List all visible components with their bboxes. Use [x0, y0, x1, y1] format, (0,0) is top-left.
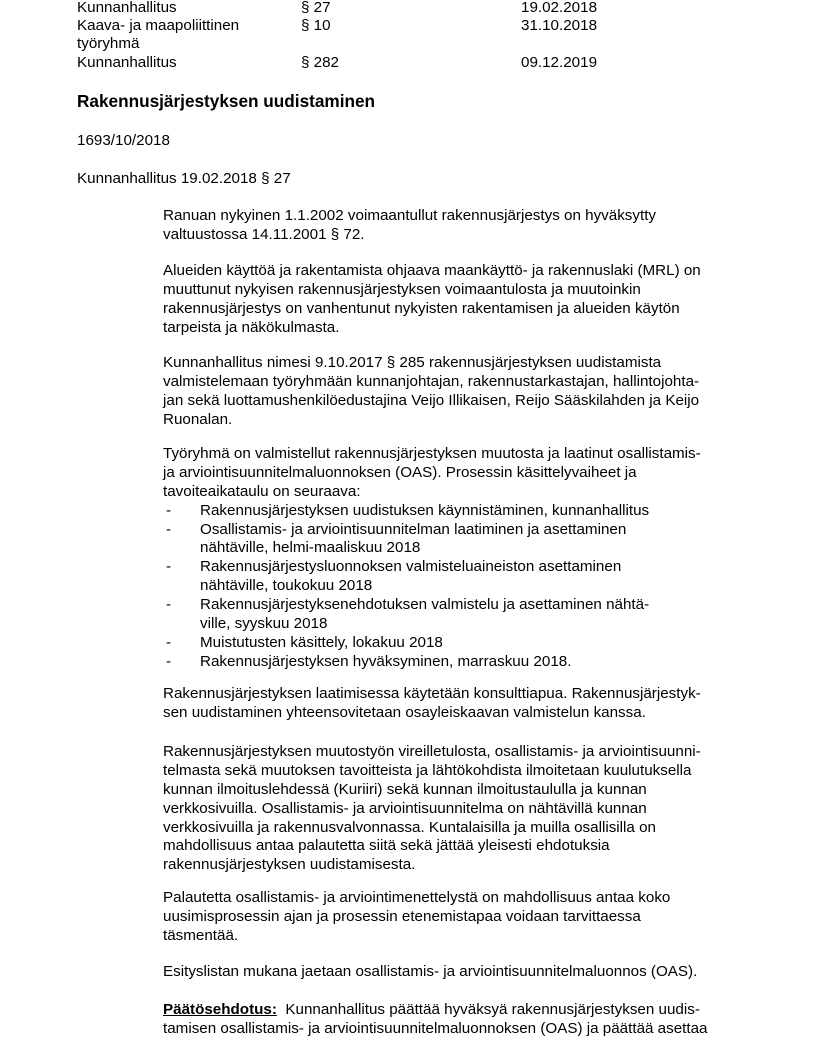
paragraph-current-regulation: Ranuan nykyinen 1.1.2002 voimaantullut r…	[163, 207, 753, 245]
history-body: Kaava- ja maapoliittinen työryhmä	[77, 17, 287, 54]
list-item-text: Muistutusten käsittely, lokakuu 2018	[200, 634, 443, 653]
paragraph-consultant: Rakennusjärjestyksen laatimisessa käytet…	[163, 685, 753, 723]
history-section: § 10	[301, 17, 331, 36]
text-line: sen uudistaminen yhteensovitetaan osayle…	[163, 704, 753, 723]
list-item-continuation: nähtäville, helmi-maaliskuu 2018	[163, 539, 753, 558]
text-line: verkkosivuilla. Osallistamis- ja arvioin…	[163, 800, 753, 819]
list-item-text: ville, syyskuu 2018	[200, 615, 327, 634]
text-line: ja arviointisuunnitelmaluonnoksen (OAS).…	[163, 464, 753, 483]
decision-label: Päätösehdotus:	[163, 1001, 277, 1018]
text-line: Esityslistan mukana jaetaan osallistamis…	[163, 963, 753, 982]
text-line: rakennusjärjestys on vanhentunut nykyist…	[163, 300, 753, 319]
decision-line: Päätösehdotus: Kunnanhallitus päättää hy…	[163, 1001, 753, 1020]
paragraph-working-group: Kunnanhallitus nimesi 9.10.2017 § 285 ra…	[163, 354, 753, 430]
history-date: 09.12.2019	[521, 54, 597, 73]
schedule-list: - Rakennusjärjestyksen uudistuksen käynn…	[163, 502, 753, 672]
text-line: kunnan ilmoituslehdessä (Kuriiri) sekä k…	[163, 781, 753, 800]
section-title: Rakennusjärjestyksen uudistaminen	[77, 92, 375, 111]
paragraph-feedback: Palautetta osallistamis- ja arviointimen…	[163, 889, 753, 946]
text-line: Ranuan nykyinen 1.1.2002 voimaantullut r…	[163, 207, 753, 226]
list-item-text: Rakennusjärjestyksen hyväksyminen, marra…	[200, 653, 571, 672]
list-item: - Rakennusjärjestyksenehdotuksen valmist…	[163, 596, 753, 615]
text-line: Rakennusjärjestyksen laatimisessa käytet…	[163, 685, 753, 704]
history-body: Kunnanhallitus	[77, 54, 287, 73]
text-line: Palautetta osallistamis- ja arviointimen…	[163, 889, 753, 908]
text-line: täsmentää.	[163, 927, 753, 946]
text-line: Ruonalan.	[163, 411, 753, 430]
paragraph-mrl-changes: Alueiden käyttöä ja rakentamista ohjaava…	[163, 262, 753, 338]
paragraph-announcement: Rakennusjärjestyksen muutostyön vireille…	[163, 743, 753, 875]
history-section: § 27	[301, 0, 331, 18]
bullet-dash: -	[166, 596, 171, 615]
list-item-continuation: ville, syyskuu 2018	[163, 615, 753, 634]
list-item-text: Rakennusjärjestysluonnoksen valmisteluai…	[200, 558, 621, 577]
text-line: tavoiteaikataulu on seuraava:	[163, 483, 753, 502]
bullet-dash: -	[166, 521, 171, 540]
text-line: uusimisprosessin ajan ja prosessin etene…	[163, 908, 753, 927]
text-line: Rakennusjärjestyksen muutostyön vireille…	[163, 743, 753, 762]
list-item: - Rakennusjärjestyksen hyväksyminen, mar…	[163, 653, 753, 672]
decision-line: tamisen osallistamis- ja arviointisuunni…	[163, 1020, 753, 1039]
list-item-text: Rakennusjärjestyksenehdotuksen valmistel…	[200, 596, 649, 615]
history-row: Kaava- ja maapoliittinen työryhmä § 10 3…	[77, 17, 777, 55]
text-line: valmistelemaan työryhmään kunnanjohtajan…	[163, 373, 753, 392]
list-item-text: nähtäville, toukokuu 2018	[200, 577, 372, 596]
list-item: - Rakennusjärjestysluonnoksen valmistelu…	[163, 558, 753, 577]
meeting-reference: Kunnanhallitus 19.02.2018 § 27	[77, 170, 291, 189]
bullet-dash: -	[166, 634, 171, 653]
list-item-text: Osallistamis- ja arviointisuunnitelman l…	[200, 521, 626, 540]
decision-proposal: Päätösehdotus: Kunnanhallitus päättää hy…	[163, 1001, 753, 1039]
bullet-dash: -	[166, 558, 171, 577]
bullet-dash: -	[166, 502, 171, 521]
text-line: verkkosivuilla ja rakennusvalvonnassa. K…	[163, 819, 753, 838]
text-line: telmasta sekä muutoksen tavoitteista ja …	[163, 762, 753, 781]
record-id: 1693/10/2018	[77, 132, 170, 151]
list-item-text: Rakennusjärjestyksen uudistuksen käynnis…	[200, 502, 649, 521]
text-line: Työryhmä on valmistellut rakennusjärjest…	[163, 445, 753, 464]
text-line: valtuustossa 14.11.2001 § 72.	[163, 226, 753, 245]
decision-text: Kunnanhallitus päättää hyväksyä rakennus…	[285, 1001, 700, 1018]
text-line: tarpeista ja näkökulmasta.	[163, 319, 753, 338]
list-item: - Muistutusten käsittely, lokakuu 2018	[163, 634, 753, 653]
text-line: rakennusjärjestyksen uudistamisesta.	[163, 856, 753, 875]
history-date: 31.10.2018	[521, 17, 597, 36]
list-item-continuation: nähtäville, toukokuu 2018	[163, 577, 753, 596]
history-body: Kunnanhallitus	[77, 0, 287, 18]
list-item: - Osallistamis- ja arviointisuunnitelman…	[163, 521, 753, 540]
text-line: muuttunut nykyisen rakennusjärjestyksen …	[163, 281, 753, 300]
list-item: - Rakennusjärjestyksen uudistuksen käynn…	[163, 502, 753, 521]
history-body-line: työryhmä	[77, 35, 287, 54]
paragraph-process-schedule: Työryhmä on valmistellut rakennusjärjest…	[163, 445, 753, 672]
history-date: 19.02.2018	[521, 0, 597, 18]
bullet-dash: -	[166, 653, 171, 672]
text-line: jan sekä luottamushenkilöedustajina Veij…	[163, 392, 753, 411]
history-row: Kunnanhallitus § 282 09.12.2019	[77, 54, 777, 73]
text-line: mahdollisuus antaa palautetta siitä sekä…	[163, 837, 753, 856]
history-row: Kunnanhallitus § 27 19.02.2018	[77, 0, 777, 18]
list-item-text: nähtäville, helmi-maaliskuu 2018	[200, 539, 420, 558]
text-line: Kunnanhallitus nimesi 9.10.2017 § 285 ra…	[163, 354, 753, 373]
text-line: Alueiden käyttöä ja rakentamista ohjaava…	[163, 262, 753, 281]
paragraph-attachment: Esityslistan mukana jaetaan osallistamis…	[163, 963, 753, 982]
history-section: § 282	[301, 54, 339, 73]
history-body-line: Kaava- ja maapoliittinen	[77, 17, 287, 36]
